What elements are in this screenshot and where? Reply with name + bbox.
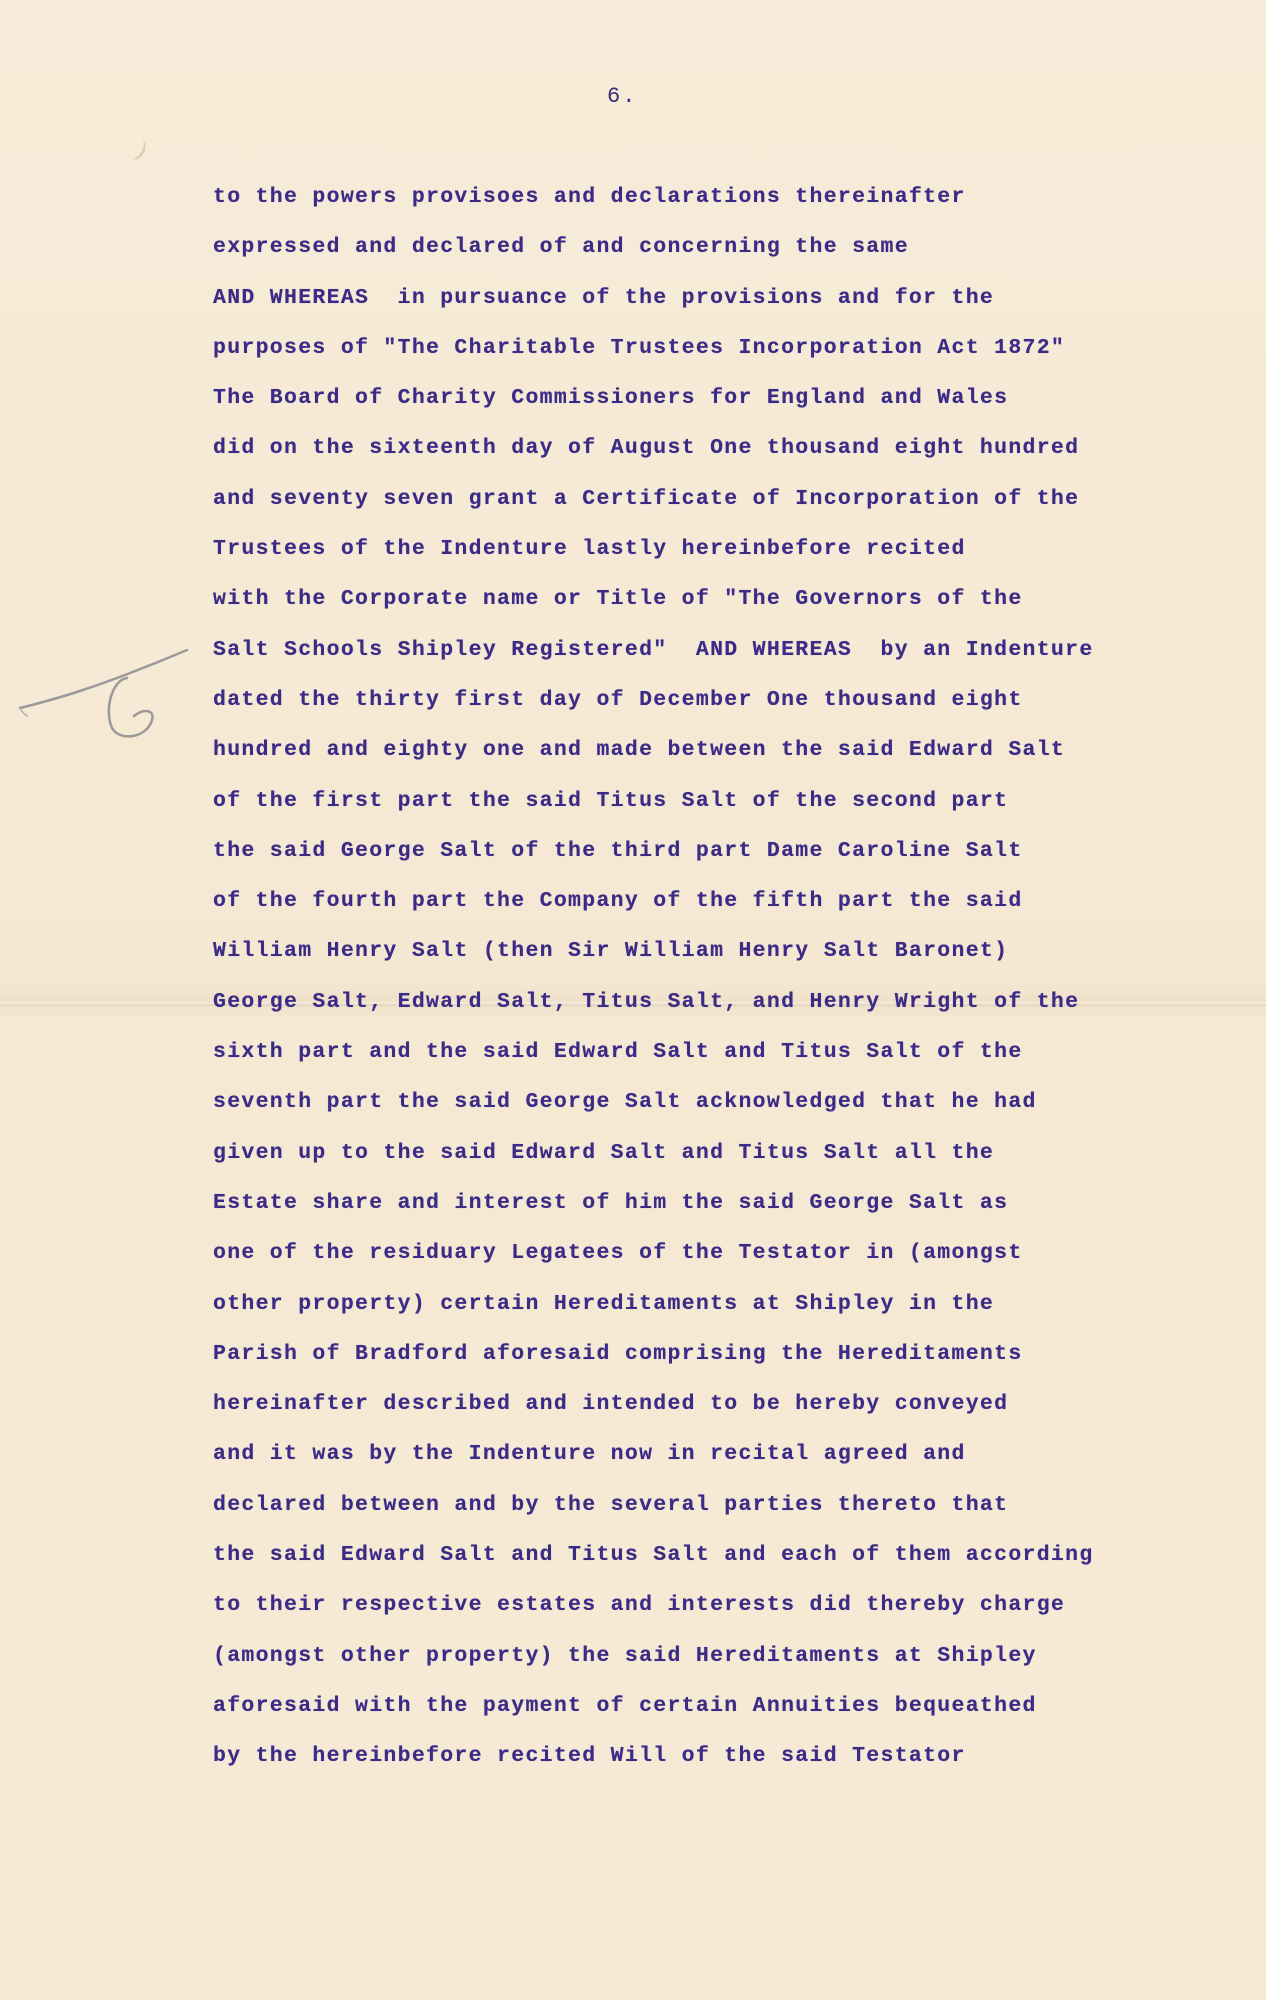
text-line: George Salt, Edward Salt, Titus Salt, an… xyxy=(213,985,1173,1035)
svg-text:6: 6 xyxy=(12,620,13,621)
text-line: to their respective estates and interest… xyxy=(213,1588,1173,1638)
text-line: other property) certain Hereditaments at… xyxy=(213,1287,1173,1337)
text-line: William Henry Salt (then Sir William Hen… xyxy=(213,934,1173,984)
text-line: declared between and by the several part… xyxy=(213,1488,1173,1538)
typewritten-body: to the powers provisoes and declarations… xyxy=(213,180,1173,1790)
text-line: (amongst other property) the said Heredi… xyxy=(213,1639,1173,1689)
text-line: of the fourth part the Company of the fi… xyxy=(213,884,1173,934)
text-line: Salt Schools Shipley Registered" AND WHE… xyxy=(213,633,1173,683)
text-line: to the powers provisoes and declarations… xyxy=(213,180,1173,230)
text-line: Estate share and interest of him the sai… xyxy=(213,1186,1173,1236)
text-line: hereinafter described and intended to be… xyxy=(213,1387,1173,1437)
text-line: dated the thirty first day of December O… xyxy=(213,683,1173,733)
text-line: and it was by the Indenture now in recit… xyxy=(213,1437,1173,1487)
text-line: by the hereinbefore recited Will of the … xyxy=(213,1739,1173,1789)
text-line: purposes of "The Charitable Trustees Inc… xyxy=(213,331,1173,381)
text-line: given up to the said Edward Salt and Tit… xyxy=(213,1136,1173,1186)
text-line: Trustees of the Indenture lastly hereinb… xyxy=(213,532,1173,582)
text-line: aforesaid with the payment of certain An… xyxy=(213,1689,1173,1739)
text-line: did on the sixteenth day of August One t… xyxy=(213,431,1173,481)
page-number: 6. xyxy=(607,84,637,109)
text-line: seventh part the said George Salt acknow… xyxy=(213,1085,1173,1135)
text-line: hundred and eighty one and made between … xyxy=(213,733,1173,783)
text-line: sixth part and the said Edward Salt and … xyxy=(213,1035,1173,1085)
text-line: with the Corporate name or Title of "The… xyxy=(213,582,1173,632)
text-line: of the first part the said Titus Salt of… xyxy=(213,784,1173,834)
paper-blemish xyxy=(124,135,150,163)
text-line: one of the residuary Legatees of the Tes… xyxy=(213,1236,1173,1286)
text-line: The Board of Charity Commissioners for E… xyxy=(213,381,1173,431)
text-line: and seventy seven grant a Certificate of… xyxy=(213,482,1173,532)
text-line: Parish of Bradford aforesaid comprising … xyxy=(213,1337,1173,1387)
text-line: the said George Salt of the third part D… xyxy=(213,834,1173,884)
text-line: the said Edward Salt and Titus Salt and … xyxy=(213,1538,1173,1588)
pencil-margin-annotation-icon: 6 xyxy=(12,620,192,740)
text-line: expressed and declared of and concerning… xyxy=(213,230,1173,280)
text-line: AND WHEREAS in pursuance of the provisio… xyxy=(213,281,1173,331)
